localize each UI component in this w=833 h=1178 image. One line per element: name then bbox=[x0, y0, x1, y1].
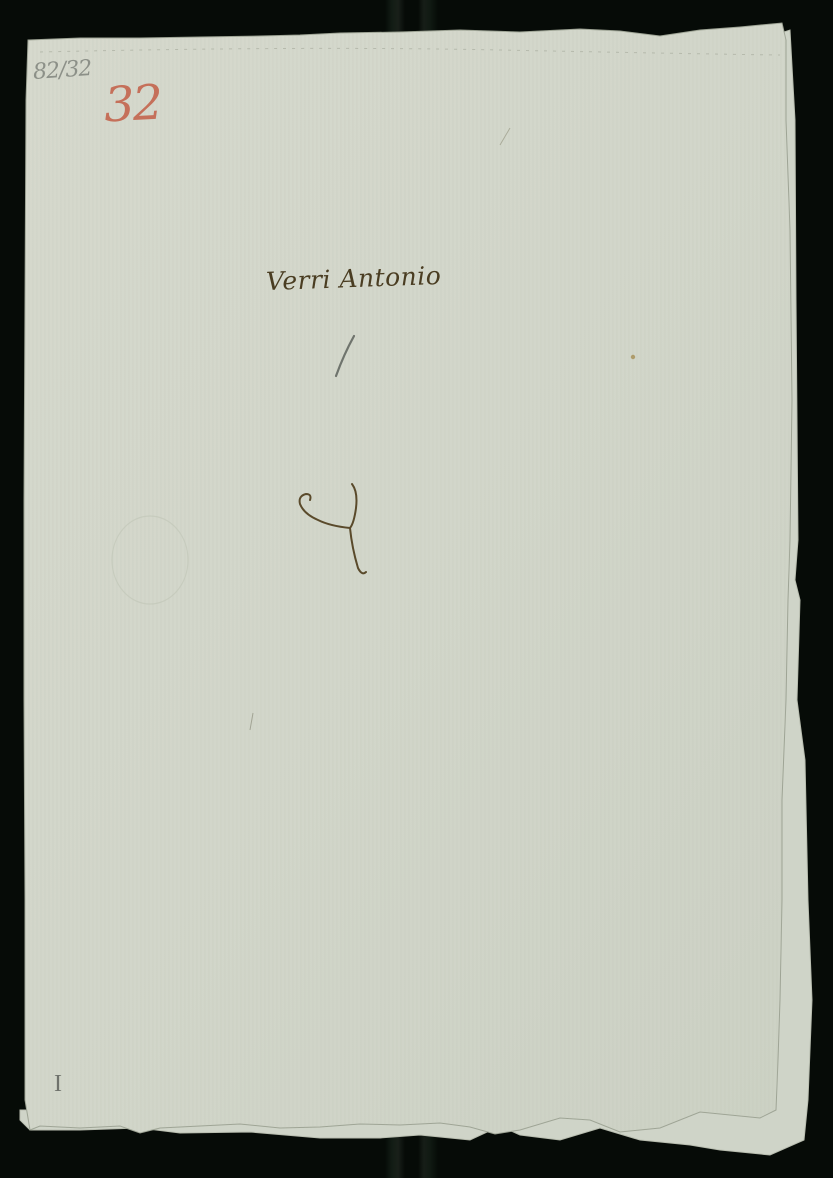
roman-folio-marker: I bbox=[54, 1072, 62, 1096]
ink-flourish-mark bbox=[290, 478, 380, 583]
document-scan: 82/32 32 Verri Antonio I bbox=[0, 0, 833, 1178]
red-folio-number: 32 bbox=[103, 79, 163, 130]
paper-sheet bbox=[0, 0, 833, 1178]
pencil-reference-number: 82/32 bbox=[32, 58, 92, 84]
handwritten-name: Verri Antonio bbox=[266, 263, 442, 294]
pencil-stroke bbox=[330, 332, 360, 382]
